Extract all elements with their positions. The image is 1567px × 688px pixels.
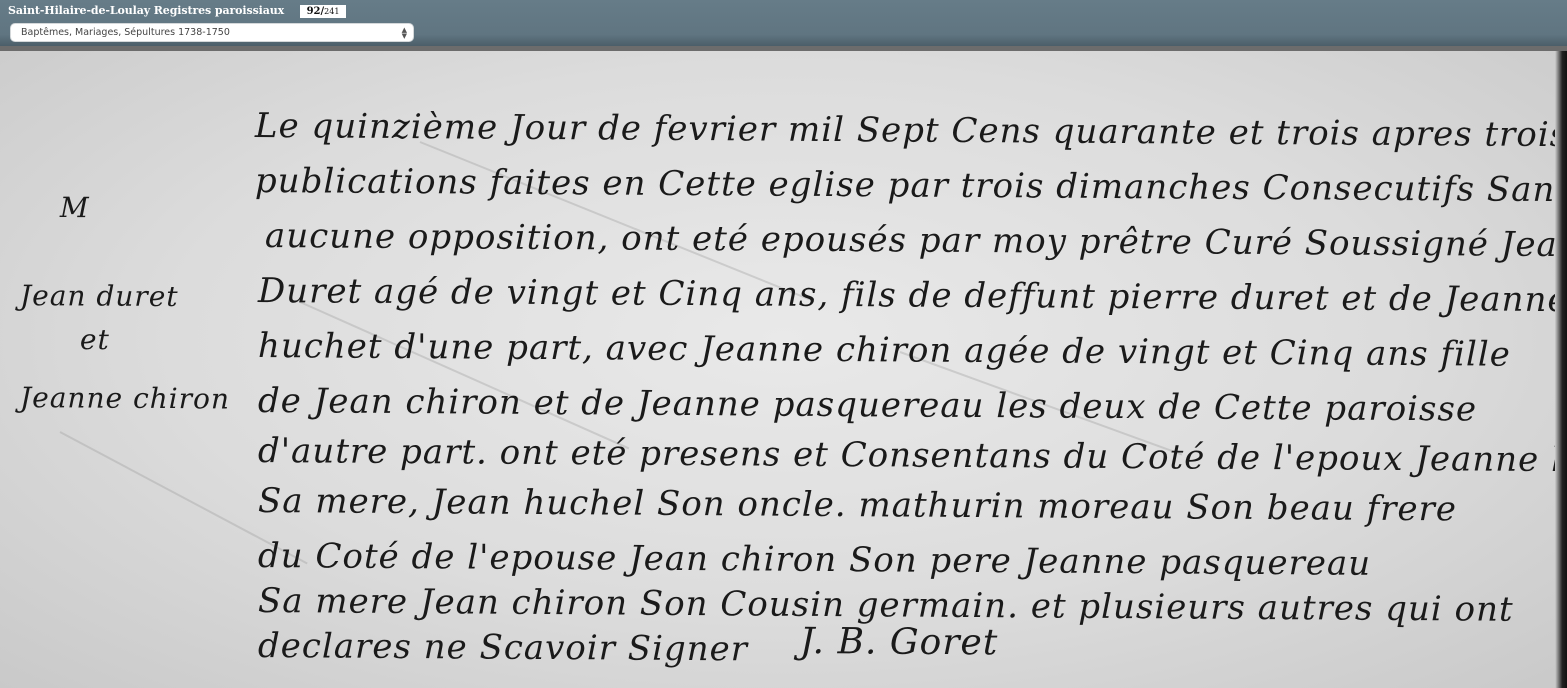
record-line: d'autre part. ont eté presens et Consent…: [258, 431, 1567, 481]
record-line: Sa mere, Jean huchel Son oncle. mathurin…: [258, 481, 1457, 529]
header-bar: Saint-Hilaire-de-Loulay Registres parois…: [0, 0, 1567, 46]
page-current: 92: [307, 6, 321, 17]
page-total: 241: [324, 7, 339, 16]
record-line: aucune opposition, ont eté epousés par m…: [265, 216, 1567, 265]
record-line: Duret agé de vingt et Cinq ans, fils de …: [258, 271, 1567, 320]
margin-note-groom: Jean duret: [20, 279, 179, 313]
document-viewer[interactable]: M Jean duret et Jeanne chiron Le quinziè…: [0, 51, 1567, 688]
margin-note-and: et: [80, 323, 110, 356]
register-title: Saint-Hilaire-de-Loulay Registres parois…: [8, 4, 284, 17]
record-line: publications faites en Cette eglise par …: [255, 161, 1567, 210]
register-select[interactable]: Baptêmes, Mariages, Sépultures 1738-1750…: [10, 23, 414, 42]
updown-arrows-icon: ▲▼: [402, 27, 407, 39]
record-line: du Coté de l'epouse Jean chiron Son pere…: [258, 536, 1371, 584]
margin-note-bride: Jeanne chiron: [20, 381, 230, 415]
register-select-value: Baptêmes, Mariages, Sépultures 1738-1750: [21, 27, 230, 38]
page-edge-shadow: [1555, 51, 1567, 688]
priest-signature: J. B. Goret: [800, 621, 999, 663]
margin-note-m: M: [60, 191, 90, 224]
record-line: de Jean chiron et de Jeanne pasquereau l…: [258, 381, 1477, 430]
page-counter[interactable]: 92 / 241: [300, 5, 346, 18]
record-line: Le quinzième Jour de fevrier mil Sept Ce…: [255, 106, 1567, 155]
record-line: declares ne Scavoir Signer: [258, 626, 748, 669]
